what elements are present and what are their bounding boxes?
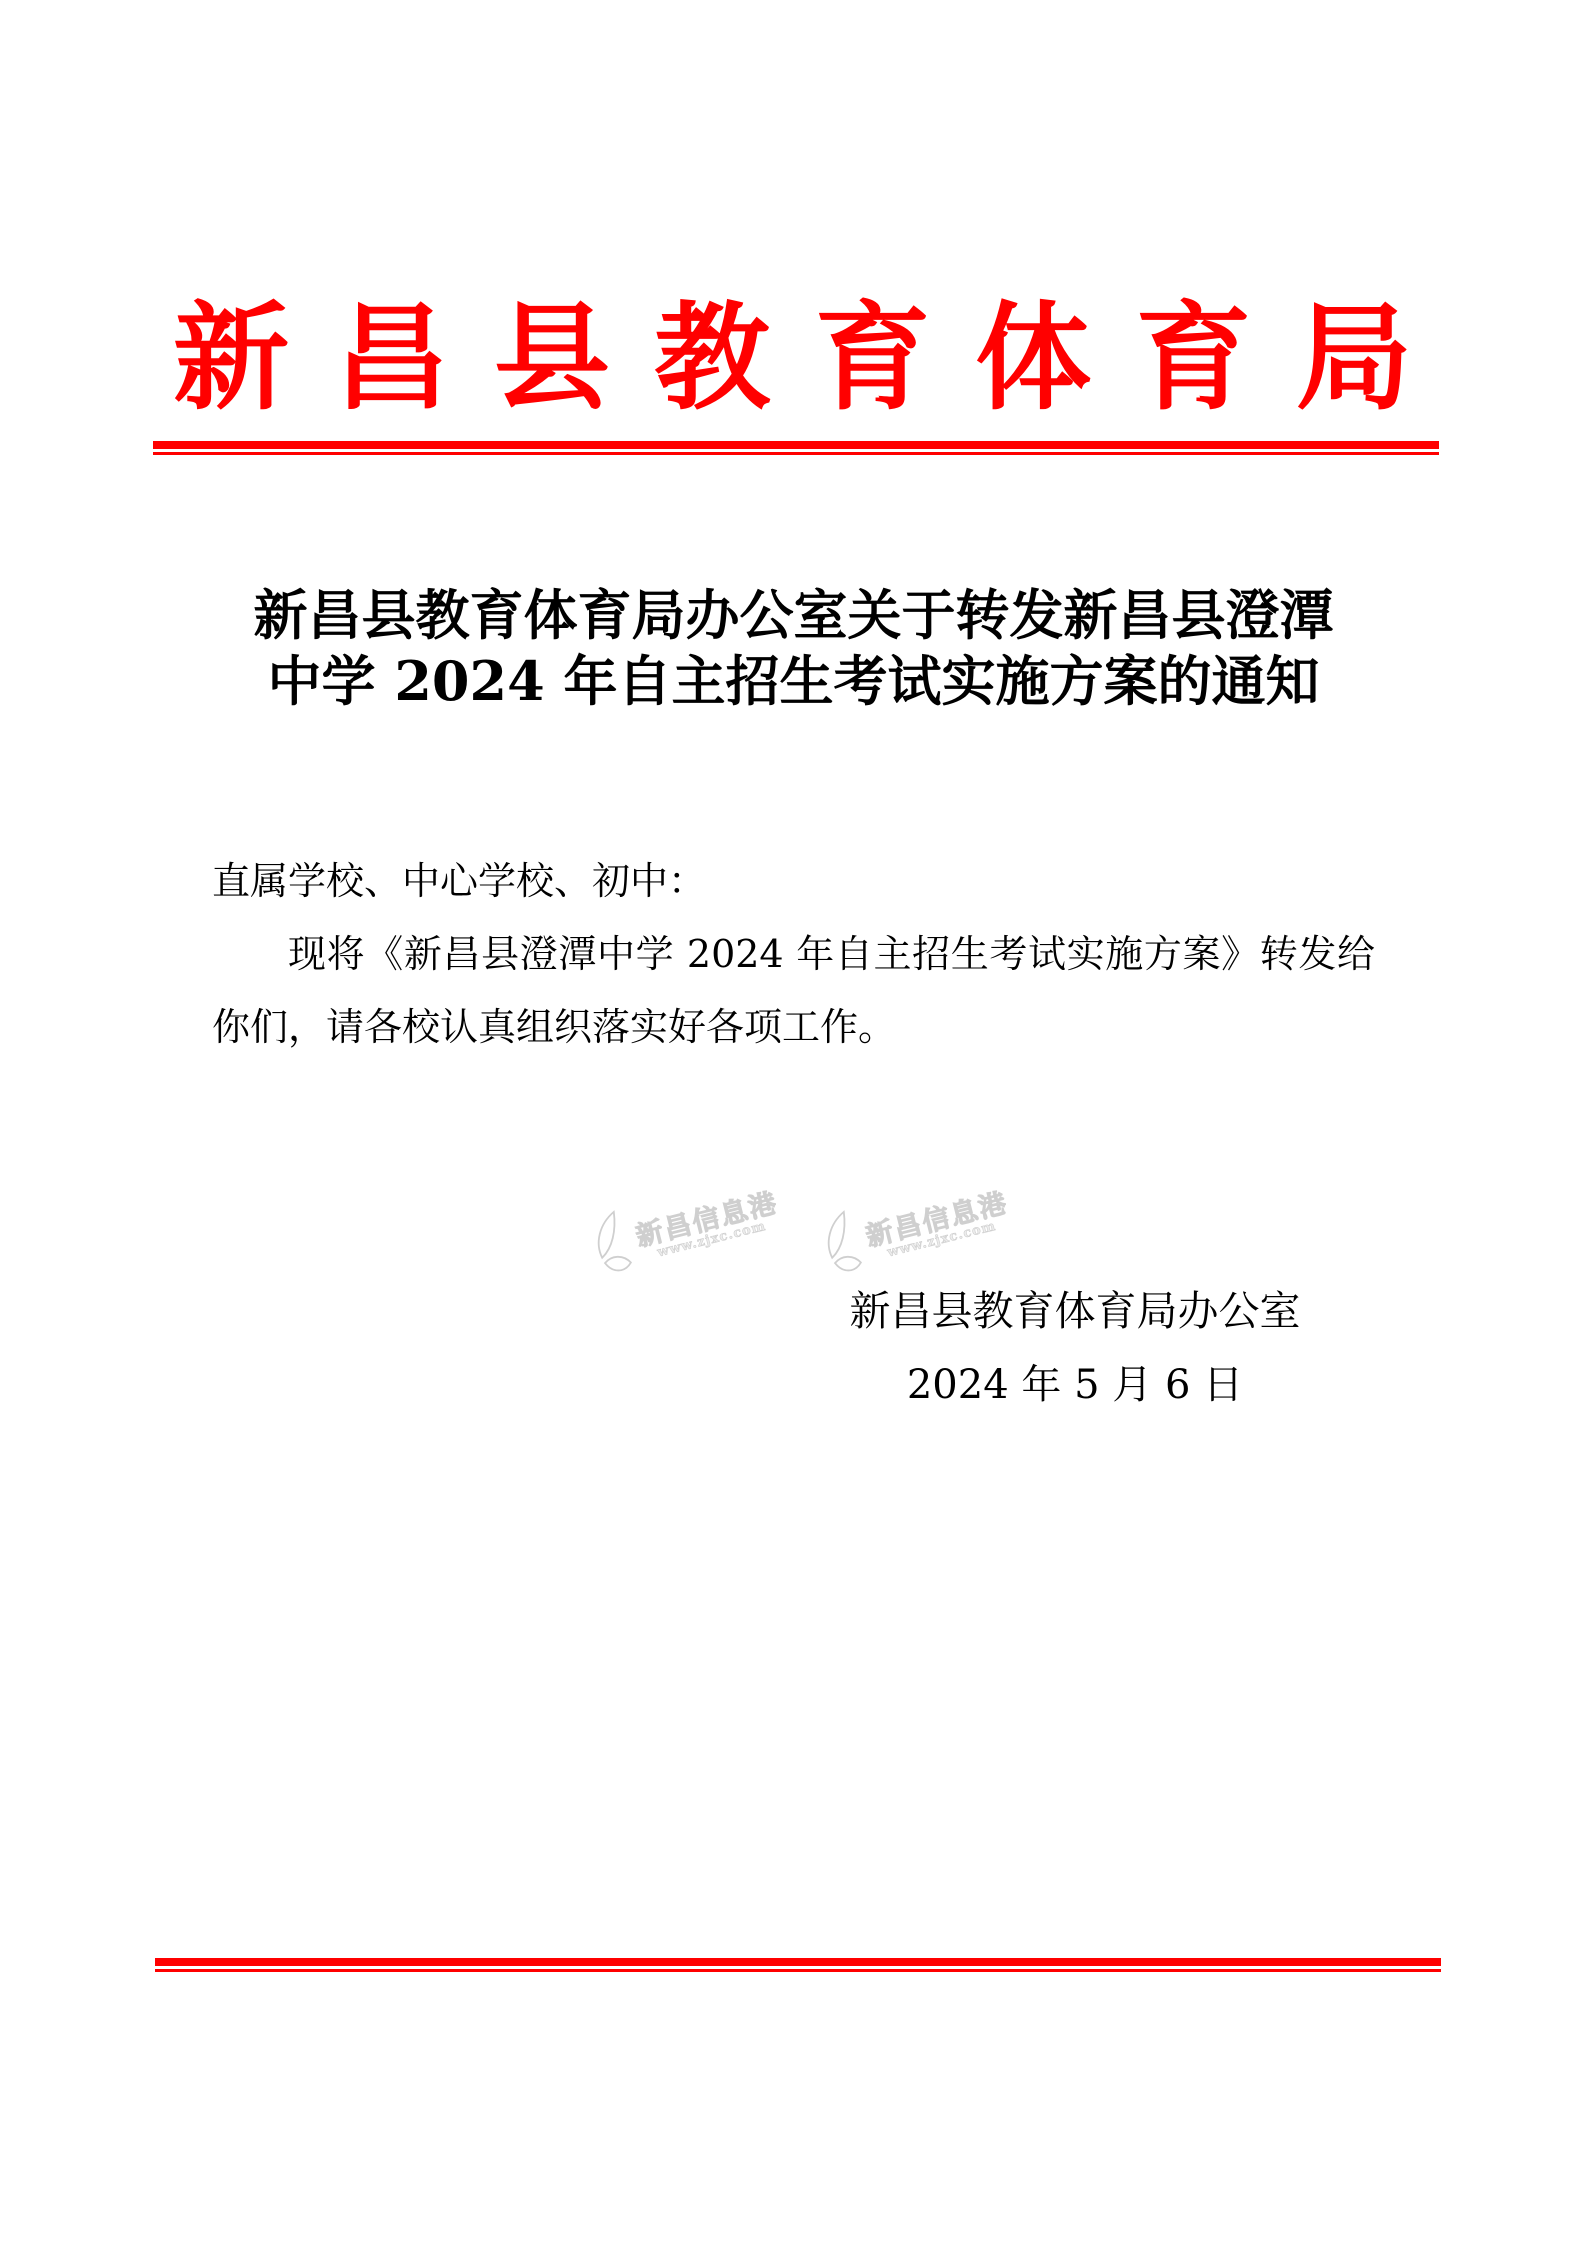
watermark-text: 新昌信息港 www.zjxc.com (631, 1181, 784, 1265)
body-paragraph: 现将《新昌县澄潭中学 2024 年自主招生考试实施方案》转发给你们，请各校认真组… (212, 918, 1375, 1064)
document-title-line2: 中学 2024 年自主招生考试实施方案的通知 (0, 648, 1587, 714)
watermark: 新昌信息港 www.zjxc.com (810, 1165, 1006, 1296)
footer-rule-thin (155, 1969, 1441, 1972)
document-title-line1: 新昌县教育体育局办公室关于转发新昌县澄潭 (0, 582, 1587, 648)
watermark-site-url: www.zjxc.com (886, 1219, 998, 1261)
document-title: 新昌县教育体育局办公室关于转发新昌县澄潭 中学 2024 年自主招生考试实施方案… (0, 582, 1587, 714)
letterhead-org-name: 新 昌 县 教 育 体 育 局 (0, 283, 1587, 433)
watermark-logo-icon (812, 1206, 872, 1287)
signature-date: 2024 年 5 月 6 日 (750, 1360, 1400, 1410)
letterhead-rule-thin (153, 452, 1439, 455)
watermark-text: 新昌信息港 www.zjxc.com (861, 1181, 1014, 1265)
watermark-site-url: www.zjxc.com (656, 1219, 768, 1261)
watermark-site-name: 新昌信息港 (861, 1181, 1011, 1254)
watermark-site-name: 新昌信息港 (631, 1181, 781, 1254)
letterhead-rule-thick (153, 441, 1439, 449)
signature-office-name: 新昌县教育体育局办公室 (750, 1286, 1400, 1336)
footer-rule-thick (155, 1958, 1441, 1966)
watermark-logo-icon (582, 1206, 642, 1287)
watermark: 新昌信息港 www.zjxc.com (580, 1165, 776, 1296)
salutation-line: 直属学校、中心学校、初中： (212, 845, 1375, 918)
document-body: 直属学校、中心学校、初中： 现将《新昌县澄潭中学 2024 年自主招生考试实施方… (212, 845, 1375, 1064)
document-page: 新 昌 县 教 育 体 育 局 新昌县教育体育局办公室关于转发新昌县澄潭 中学 … (0, 0, 1587, 2245)
signature-block: 新昌县教育体育局办公室 2024 年 5 月 6 日 (750, 1286, 1400, 1410)
